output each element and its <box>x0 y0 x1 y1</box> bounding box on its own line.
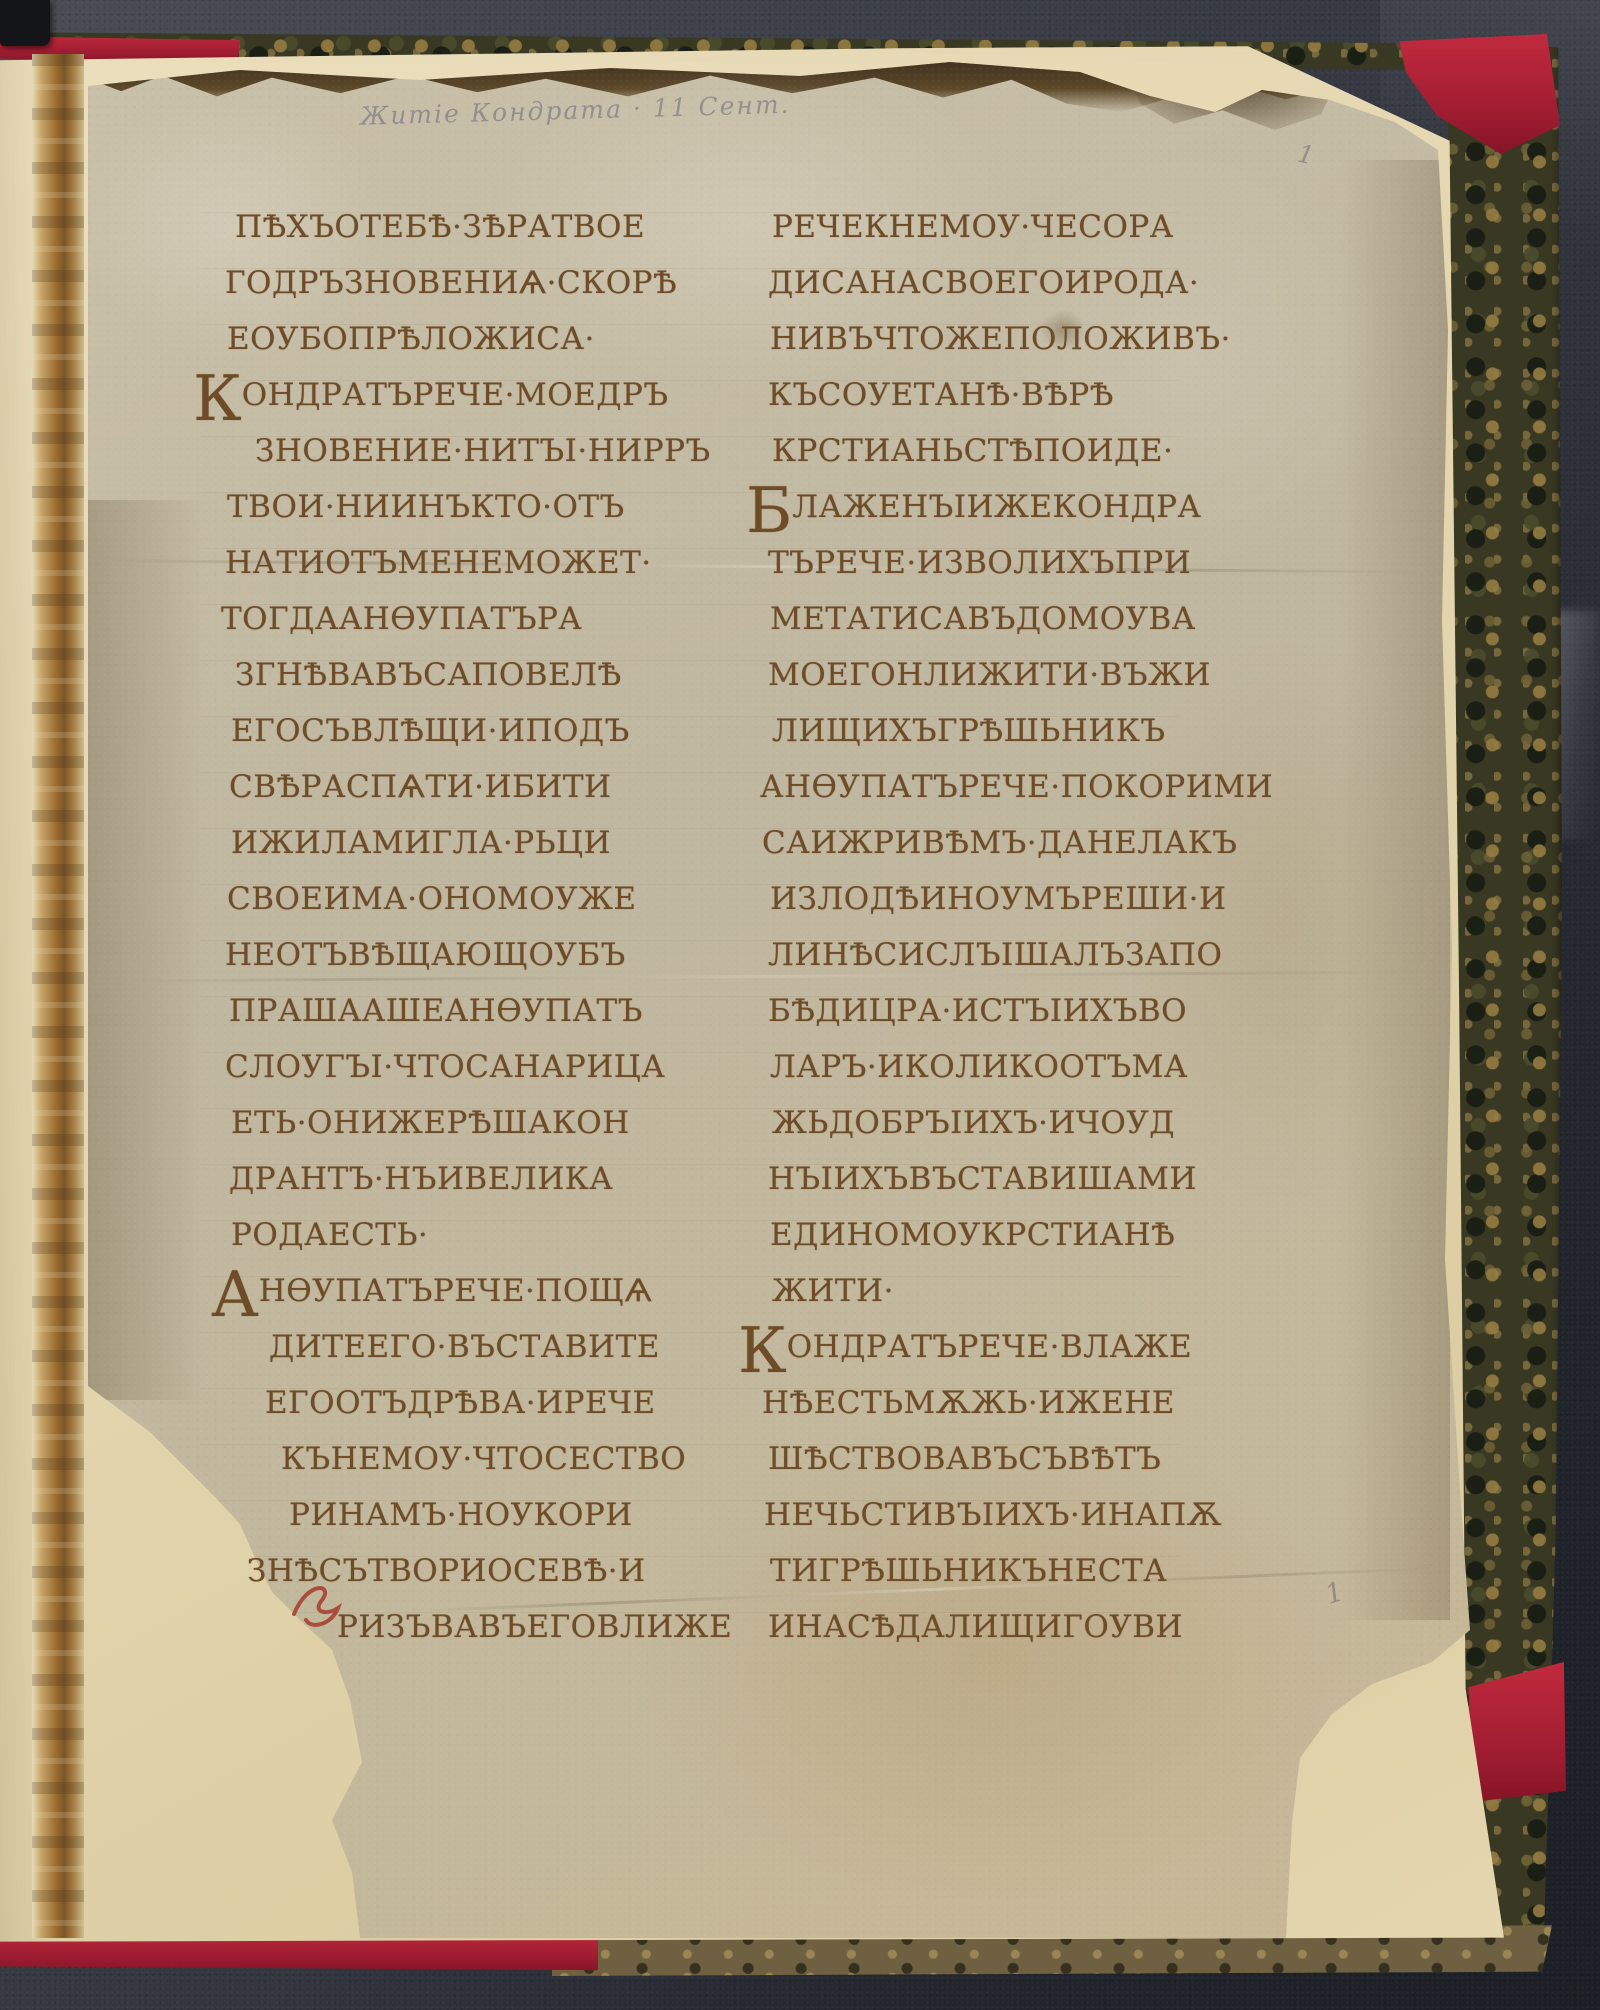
manuscript-line: КОНДРАТЪРЕЧЕ·ВЛАЖЕ <box>738 1319 1273 1375</box>
manuscript-line: ШѢСТВОВАВЪСЪВѢТЪ <box>768 1431 1273 1487</box>
manuscript-line: НЪІИХЪВЪСТАВИШАМИ <box>768 1151 1273 1207</box>
manuscript-line: ДРАНТЪ·НЪИВЕЛИКА <box>229 1151 732 1207</box>
manuscript-line: РИЗЪВАВЪЕГОВЛИЖЕ <box>337 1599 732 1655</box>
manuscript-line: НАТИОТЪМЕНЕМОЖЕТ· <box>225 535 732 591</box>
manuscript-line: ЛИЩИХЪГРѢШЬНИКЪ <box>772 703 1273 759</box>
manuscript-line: ЗНОВЕНИЕ·НИТЪІ·НИРРЪ <box>255 423 732 479</box>
manuscript-line: КЪСОУЕТАНѢ·ВѢРѢ <box>768 367 1273 423</box>
manuscript-line: ДИСАНАСВОЕГОИРОДА· <box>768 255 1273 311</box>
manuscript-line: НЕОТЪВѢЩАЮЩОУБЪ <box>225 927 732 983</box>
manuscript-line: БЛАЖЕНЪІИЖЕКОНДРА <box>746 479 1273 535</box>
manuscript-line: ЕГОСЪВЛѢЩИ·ИПОДЪ <box>231 703 732 759</box>
manuscript-line: СВОЕИМА·ОНОМОУЖЕ <box>227 871 732 927</box>
manuscript-line: ЗГНѢВАВЪСАПОВЕЛѢ <box>235 647 732 703</box>
manuscript-line: РОДАЕСТЬ· <box>231 1207 732 1263</box>
manuscript-line: ЛАРЪ·ИКОЛИКООТЪМА <box>770 1039 1273 1095</box>
manuscript-line: ИЖИЛАМИГЛА·РЬЦИ <box>231 815 732 871</box>
gutter-shadow <box>84 500 204 1400</box>
manuscript-line: САИЖРИВѢМЪ·ДАНЕЛАКЪ <box>762 815 1273 871</box>
manuscript-photo: Житіе Кондрата · 11 Сент. 1 1 ПѢХЪОТЕБѢ·… <box>0 0 1600 2010</box>
manuscript-line: АНѲУПАТЪРЕЧЕ·ПОЩѦ <box>211 1263 732 1319</box>
manuscript-line: РИНАМЪ·НОУКОРИ <box>289 1487 732 1543</box>
manuscript-line: ИНАСѢДАЛИЩИГОУВИ <box>768 1599 1273 1655</box>
drop-initial: А <box>211 1258 259 1331</box>
manuscript-line: ИЗЛОДѢИНОУМЪРЕШИ·И <box>770 871 1273 927</box>
manuscript-line: НѢЕСТЬМѪЖЬ·ИЖЕНЕ <box>762 1375 1273 1431</box>
manuscript-line: СЛОУГЪІ·ЧТОСАНАРИЦА <box>225 1039 732 1095</box>
manuscript-line: МОЕГОНЛИЖИТИ·ВЪЖИ <box>768 647 1273 703</box>
manuscript-line: ДИТЕЕГО·ВЪСТАВИТЕ <box>269 1319 732 1375</box>
manuscript-line: ТОГДААНѲУПАТЪРА <box>221 591 732 647</box>
manuscript-line: ЕДИНОМОУКРСТИАНѢ <box>770 1207 1273 1263</box>
text-column-left: ПѢХЪОТЕБѢ·ЗѢРАТВОЕГОДРЪЗНОВЕНИѦ·СКОРѢЕОУ… <box>225 199 732 1655</box>
manuscript-line: ЕГООТЪДРѢВА·ИРЕЧЕ <box>265 1375 732 1431</box>
manuscript-line: ТИГРѢШЬНИКЪНЕСТА <box>770 1543 1273 1599</box>
manuscript-line: ПѢХЪОТЕБѢ·ЗѢРАТВОЕ <box>235 199 732 255</box>
manuscript-line: НИВЪЧТОЖЕПОЛОЖИВЪ· <box>770 311 1273 367</box>
text-column-right: РЕЧЕКНЕМОУ·ЧЕСОРАДИСАНАСВОЕГОИРОДА·НИВЪЧ… <box>768 199 1273 1655</box>
manuscript-line: НЕЧЬСТИВЪІИХЪ·ИНАПѪ <box>764 1487 1273 1543</box>
manuscript-line: МЕТАТИСАВЪДОМОУВА <box>770 591 1273 647</box>
manuscript-line: ЕТЬ·ОНИЖЕРѢШАКОН <box>231 1095 732 1151</box>
manuscript-line: ЕОУБОПРѢЛОЖИСА· <box>227 311 732 367</box>
manuscript-line: АНѲУПАТЪРЕЧЕ·ПОКОРИМИ <box>760 759 1273 815</box>
manuscript-line: БѢДИЦРА·ИСТЪІИХЪВО <box>768 983 1273 1039</box>
manuscript-line: КРСТИАНЬСТѢПОИДЕ· <box>772 423 1273 479</box>
manuscript-line: СВѢРАСПѦТИ·ИБИТИ <box>229 759 732 815</box>
manuscript-line: ЖИТИ· <box>772 1263 1273 1319</box>
manuscript-line: ТЪРЕЧЕ·ИЗВОЛИХЪПРИ <box>768 535 1273 591</box>
manuscript-line: РЕЧЕКНЕМОУ·ЧЕСОРА <box>772 199 1273 255</box>
manuscript-line: ЗНѢСЪТВОРИОСЕВѢ·И <box>247 1543 732 1599</box>
manuscript-line: КЪНЕМОУ·ЧТОСЕСТВО <box>281 1431 732 1487</box>
manuscript-line: КОНДРАТЪРЕЧЕ·МОЕДРЪ <box>193 367 732 423</box>
spine-headband-tab <box>0 0 50 46</box>
manuscript-line: ГОДРЪЗНОВЕНИѦ·СКОРѢ <box>225 255 732 311</box>
manuscript-line: ЛИНѢСИСЛЪІШАЛЪЗАПО <box>768 927 1273 983</box>
drop-initial: К <box>193 362 242 435</box>
right-edge-shadow <box>1340 160 1450 1620</box>
manuscript-line: ЖЬДОБРЪІИХЪ·ИЧОУД <box>772 1095 1273 1151</box>
manuscript-line: ПРАШААШЕАНѲУПАТЪ <box>229 983 732 1039</box>
binding-gutter <box>32 54 84 1938</box>
manuscript-line: ТВОИ·НИИНЪКТО·ОТЪ <box>227 479 732 535</box>
